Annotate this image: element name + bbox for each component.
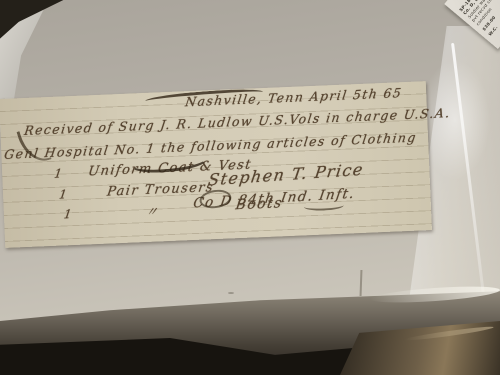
item-3-qty: 1 bbox=[63, 207, 74, 221]
ink-flourish-boots-curl bbox=[304, 201, 344, 212]
item-1-qty: 1 bbox=[53, 166, 64, 180]
photo-scene: Nashville, Tenn April 5th 65 Received of… bbox=[0, 0, 500, 375]
table-foreground bbox=[0, 285, 500, 375]
item-2-qty: 1 bbox=[58, 187, 69, 201]
handwritten-receipt: Nashville, Tenn April 5th 65 Received of… bbox=[0, 81, 432, 248]
item-3-ditto-mark: 〃 bbox=[145, 202, 161, 220]
